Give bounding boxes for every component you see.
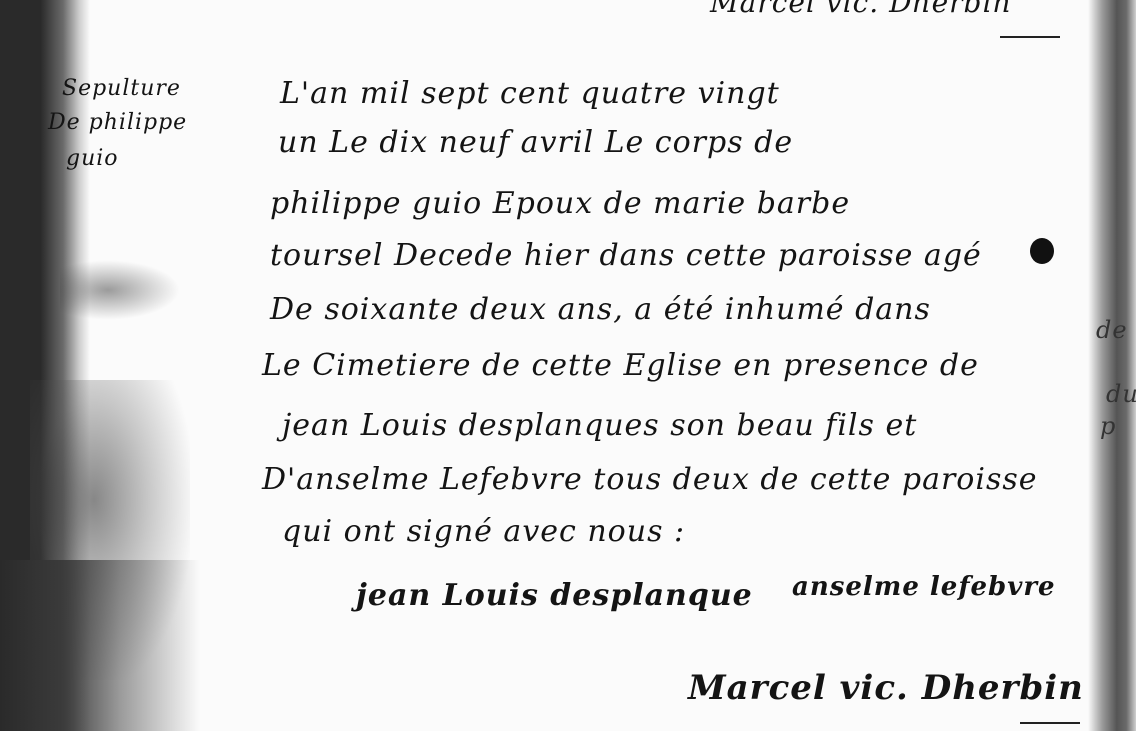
facing-page-fragment: du [1106, 380, 1136, 408]
facing-page-fragment: p [1100, 412, 1116, 440]
body-line-8: D'anselme Lefebvre tous deux de cette pa… [262, 462, 1038, 497]
binding-gutter-right [1088, 0, 1136, 731]
margin-note-line-1: Sepulture [62, 72, 181, 106]
margin-note-line-2: De philippe [48, 106, 187, 140]
body-line-2: un Le dix neuf avril Le corps de [278, 125, 793, 160]
body-line-9: qui ont signé avec nous : [282, 514, 685, 549]
signature-witness-1: jean Louis desplanque [356, 578, 753, 613]
body-line-4: toursel Decede hier dans cette paroisse … [270, 238, 982, 273]
signature-priest: Marcel vic. Dherbin [688, 668, 1084, 708]
manuscript-page: Marcel vic. Dherbin Sepulture De philipp… [0, 0, 1136, 731]
previous-entry-signature: Marcel vic. Dherbin [710, 0, 1011, 19]
body-line-5: De soixante deux ans, a été inhumé dans [270, 292, 931, 327]
ink-smudge [60, 260, 180, 320]
signature-underline [1020, 722, 1080, 724]
body-line-1: L'an mil sept cent quatre vingt [280, 76, 780, 111]
facing-page-fragment: de [1096, 316, 1128, 344]
body-line-3: philippe guio Epoux de marie barbe [270, 186, 850, 221]
margin-note-line-3: guio [66, 142, 119, 176]
body-line-6: Le Cimetiere de cette Eglise en presence… [262, 348, 979, 383]
signature-underline [1000, 36, 1060, 38]
signature-witness-2: anselme lefebvre [792, 572, 1056, 602]
binding-shadow-bottom-left [0, 560, 200, 731]
ink-blot [1030, 238, 1054, 264]
body-line-7: jean Louis desplanques son beau fils et [282, 408, 917, 443]
